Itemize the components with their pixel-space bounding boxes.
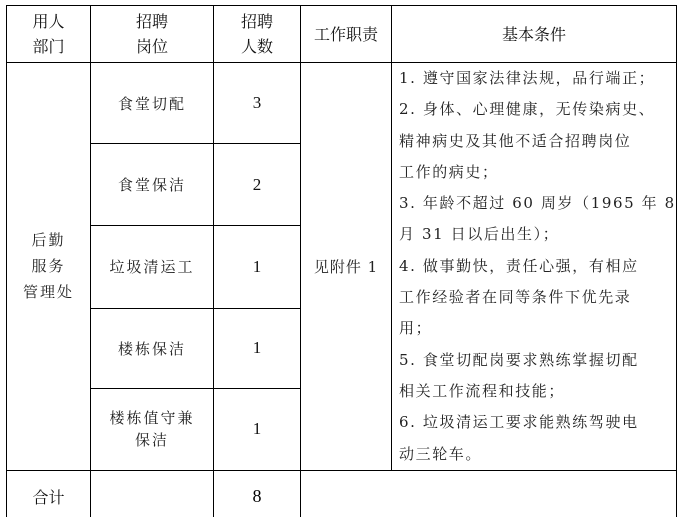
header-duties: 工作职责: [301, 6, 392, 63]
header-position: 招聘 岗位: [91, 6, 214, 63]
header-dept-line2: 部门: [7, 34, 90, 59]
header-count: 招聘 人数: [214, 6, 301, 63]
position-cell: 楼栋值守兼 保洁: [91, 388, 214, 470]
requirement-line: 4. 做事勤快，责任心强，有相应: [399, 251, 672, 282]
count-cell: 1: [214, 308, 301, 388]
header-count-line1: 招聘: [214, 9, 300, 34]
position-line1: 楼栋值守兼: [91, 407, 213, 429]
requirement-line: 相关工作流程和技能；: [399, 376, 672, 407]
requirement-line: 月 31 日以后出生）；: [399, 219, 672, 250]
requirement-line: 2. 身体、心理健康，无传染病史、: [399, 94, 672, 125]
position-line2: 保洁: [91, 429, 213, 451]
position-cell: 楼栋保洁: [91, 308, 214, 388]
table-row: 后勤 服务 管理处 食堂切配 3 见附件 1 1. 遵守国家法律法规，品行端正；…: [7, 63, 677, 144]
department-line2: 服务: [7, 253, 90, 279]
requirement-line: 1. 遵守国家法律法规，品行端正；: [399, 63, 672, 94]
header-dept-line1: 用人: [7, 9, 90, 34]
total-position-cell: [91, 470, 214, 517]
header-count-line2: 人数: [214, 34, 300, 59]
header-position-line1: 招聘: [91, 9, 213, 34]
duties-cell: 见附件 1: [301, 63, 392, 471]
header-dept: 用人 部门: [7, 6, 91, 63]
position-cell: 垃圾清运工: [91, 226, 214, 308]
count-cell: 1: [214, 388, 301, 470]
requirements-cell: 1. 遵守国家法律法规，品行端正； 2. 身体、心理健康，无传染病史、 精神病史…: [392, 63, 677, 471]
requirement-line: 工作的病史；: [399, 157, 672, 188]
total-label: 合计: [7, 470, 91, 517]
total-row: 合计 8: [7, 470, 677, 517]
position-cell: 食堂切配: [91, 63, 214, 144]
requirement-line: 5. 食堂切配岗要求熟练掌握切配: [399, 345, 672, 376]
requirement-line: 动三轮车。: [399, 439, 672, 470]
header-requirements: 基本条件: [392, 6, 677, 63]
requirement-line: 工作经验者在同等条件下优先录: [399, 282, 672, 313]
requirement-line: 精神病史及其他不适合招聘岗位: [399, 126, 672, 157]
requirement-line: 3. 年龄不超过 60 周岁（1965 年 8: [399, 188, 672, 219]
position-cell: 食堂保洁: [91, 144, 214, 226]
total-count: 8: [214, 470, 301, 517]
department-line1: 后勤: [7, 227, 90, 253]
count-cell: 1: [214, 226, 301, 308]
header-row: 用人 部门 招聘 岗位 招聘 人数 工作职责 基本条件: [7, 6, 677, 63]
requirement-line: 6. 垃圾清运工要求能熟练驾驶电: [399, 407, 672, 438]
total-empty-cell: [301, 470, 677, 517]
department-line3: 管理处: [7, 279, 90, 305]
recruitment-table: 用人 部门 招聘 岗位 招聘 人数 工作职责 基本条件 后勤 服务 管理处 食堂…: [6, 5, 677, 517]
department-cell: 后勤 服务 管理处: [7, 63, 91, 471]
requirement-line: 用；: [399, 313, 672, 344]
count-cell: 2: [214, 144, 301, 226]
header-position-line2: 岗位: [91, 34, 213, 59]
count-cell: 3: [214, 63, 301, 144]
